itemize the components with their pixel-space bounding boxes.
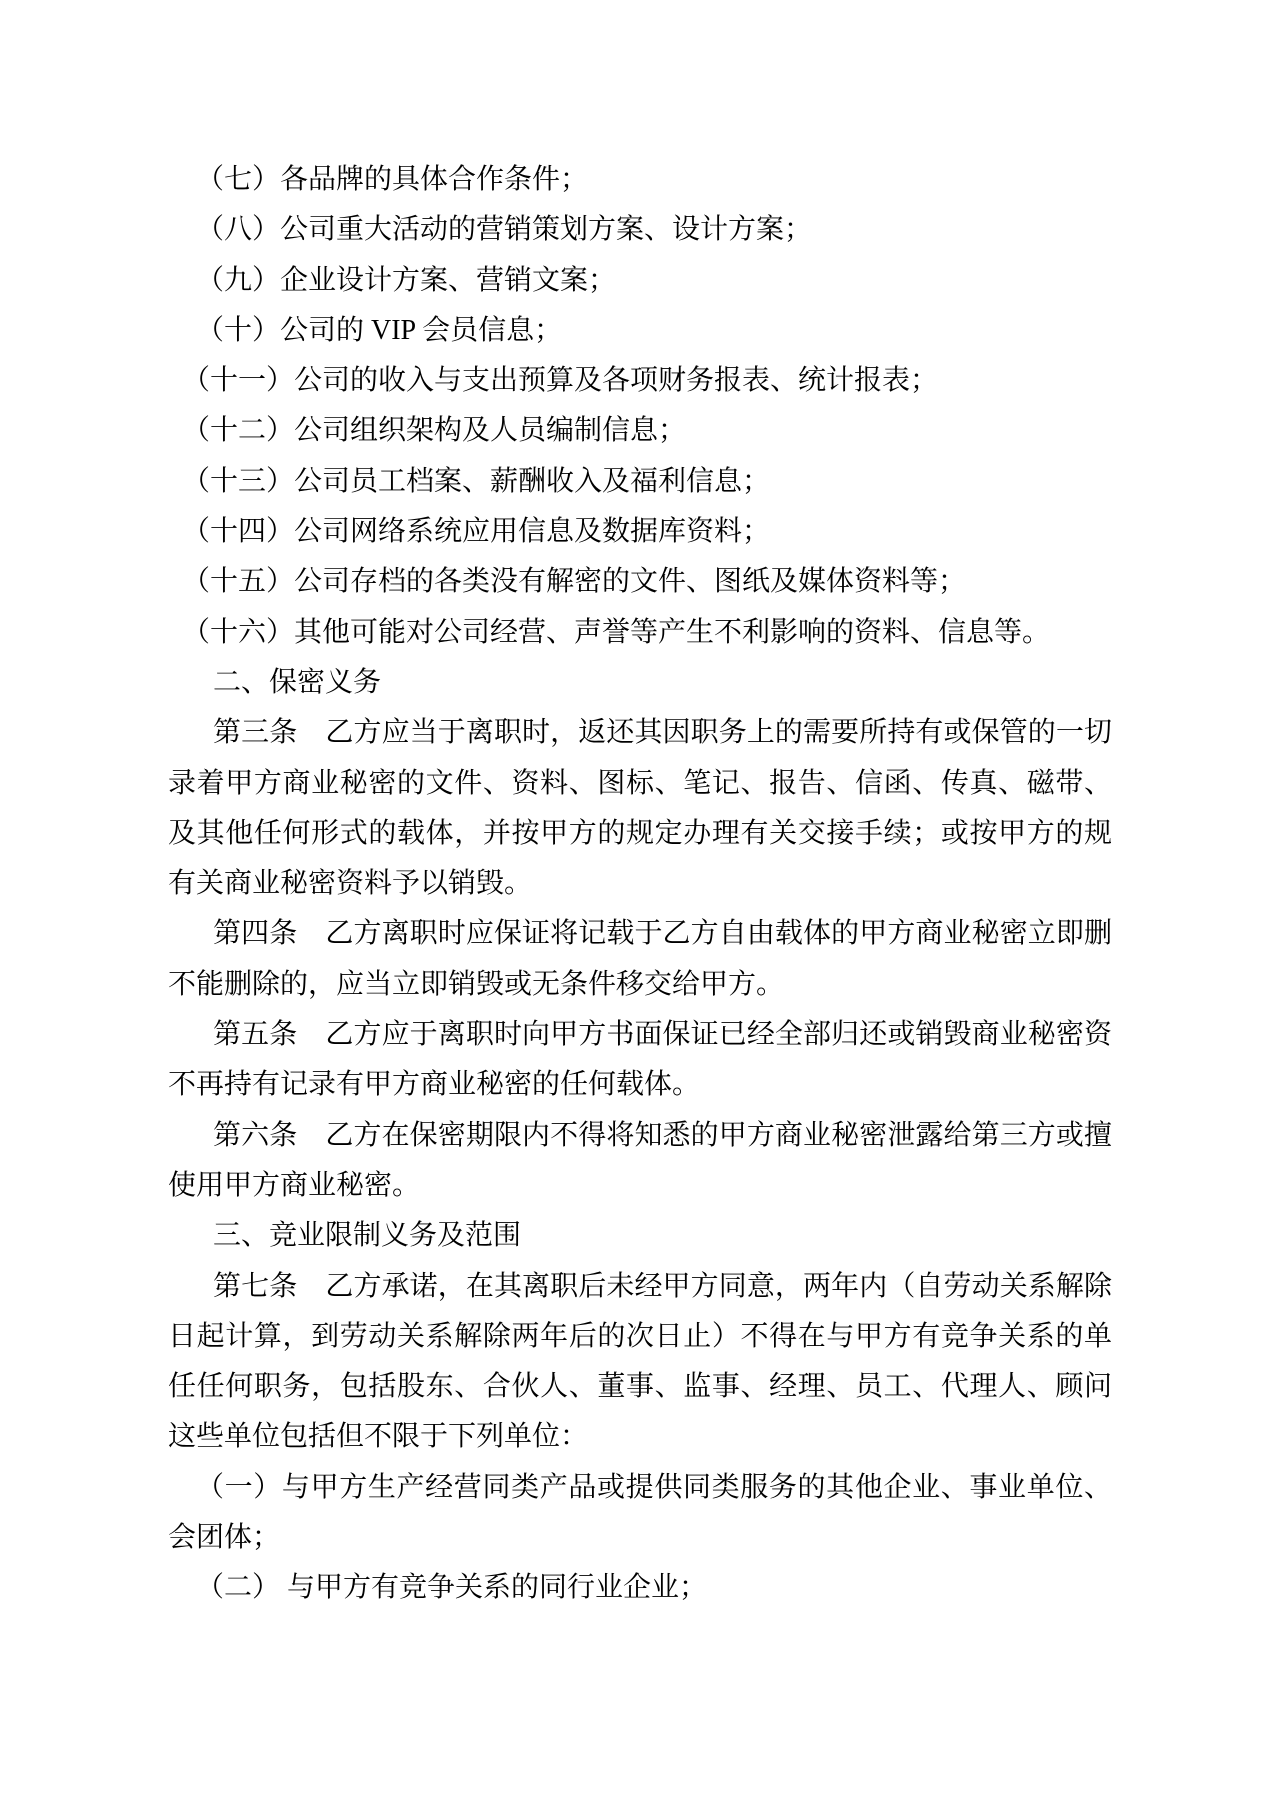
- body-text-line: 第六条 乙方在保密期限内不得将知悉的甲方商业秘密泄露给第三方或擅自: [168, 1111, 1112, 1161]
- list-item-line: （十二）公司组织架构及人员编制信息；: [168, 406, 1112, 456]
- body-text-line: 任任何职务，包括股东、合伙人、董事、监事、经理、员工、代理人、顾问等等。: [168, 1362, 1112, 1412]
- list-item-line: （八）公司重大活动的营销策划方案、设计方案；: [168, 205, 1112, 255]
- body-text-line: 第五条 乙方应于离职时向甲方书面保证已经全部归还或销毁商业秘密资料，: [168, 1010, 1112, 1060]
- body-text-line: 有关商业秘密资料予以销毁。: [168, 859, 1112, 909]
- list-item-line: （十三）公司员工档案、薪酬收入及福利信息；: [168, 457, 1112, 507]
- body-text-line: 日起计算，到劳动关系解除两年后的次日止）不得在与甲方有竞争关系的单位担: [168, 1312, 1112, 1362]
- body-text-line: 第三条 乙方应当于离职时，返还其因职务上的需要所持有或保管的一切记: [168, 708, 1112, 758]
- body-text-line: 第七条 乙方承诺，在其离职后未经甲方同意，两年内（自劳动关系解除之: [168, 1262, 1112, 1312]
- body-text-line: 录着甲方商业秘密的文件、资料、图标、笔记、报告、信函、传真、磁带、磁盘: [168, 759, 1112, 809]
- body-text-line: 不能删除的，应当立即销毁或无条件移交给甲方。: [168, 960, 1112, 1010]
- body-text-line: 不再持有记录有甲方商业秘密的任何载体。: [168, 1060, 1112, 1110]
- section-heading: 二、保密义务: [168, 658, 1112, 708]
- body-text-line: 第四条 乙方离职时应保证将记载于乙方自由载体的甲方商业秘密立即删除；: [168, 909, 1112, 959]
- list-item-line: （十一）公司的收入与支出预算及各项财务报表、统计报表；: [168, 356, 1112, 406]
- body-text-line: 使用甲方商业秘密。: [168, 1161, 1112, 1211]
- list-item-line: 会团体；: [168, 1513, 1112, 1563]
- list-item-line: （七）各品牌的具体合作条件；: [168, 155, 1112, 205]
- section-heading: 三、竞业限制义务及范围: [168, 1211, 1112, 1261]
- list-item-line: （九）企业设计方案、营销文案；: [168, 256, 1112, 306]
- list-item-line: （十）公司的 VIP 会员信息；: [168, 306, 1112, 356]
- document-page: （七）各品牌的具体合作条件；（八）公司重大活动的营销策划方案、设计方案；（九）企…: [0, 0, 1280, 1810]
- body-text-line: 及其他任何形式的载体，并按甲方的规定办理有关交接手续；或按甲方的规定对: [168, 809, 1112, 859]
- list-item-line: （十四）公司网络系统应用信息及数据库资料；: [168, 507, 1112, 557]
- list-item-line: （十六）其他可能对公司经营、声誉等产生不利影响的资料、信息等。: [168, 608, 1112, 658]
- body-text-line: 这些单位包括但不限于下列单位：: [168, 1412, 1112, 1462]
- list-item-line: （十五）公司存档的各类没有解密的文件、图纸及媒体资料等；: [168, 557, 1112, 607]
- list-item-line: （二） 与甲方有竞争关系的同行业企业；: [168, 1563, 1112, 1613]
- list-item-line: （一）与甲方生产经营同类产品或提供同类服务的其他企业、事业单位、社: [168, 1463, 1112, 1513]
- document-body: （七）各品牌的具体合作条件；（八）公司重大活动的营销策划方案、设计方案；（九）企…: [168, 155, 1112, 1614]
